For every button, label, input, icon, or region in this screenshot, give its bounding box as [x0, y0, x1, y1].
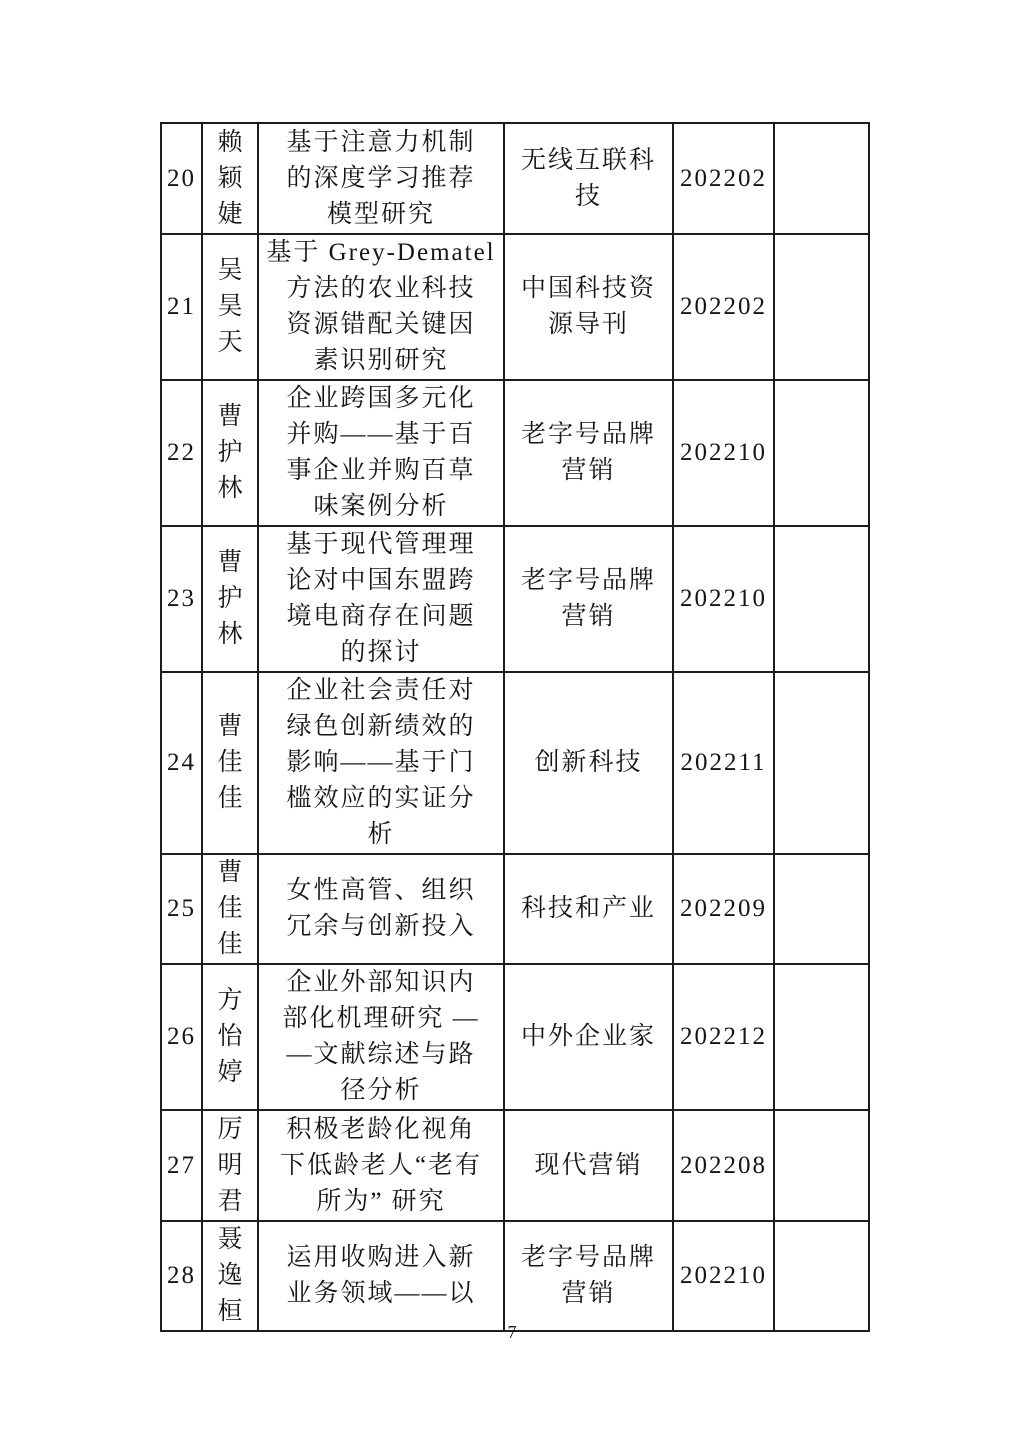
- journal-cell: 科技和产业: [504, 854, 673, 964]
- author-cell: 厉明君: [202, 1110, 258, 1221]
- date-cell: 202211: [673, 672, 774, 854]
- date-cell: 202210: [673, 526, 774, 672]
- title-cell: 积极老龄化视角 下低龄老人“老有 所为” 研究: [258, 1110, 504, 1221]
- row-number-cell: 20: [161, 123, 202, 234]
- journal-cell: 老字号品牌 营销: [504, 1221, 673, 1331]
- table-row: 28 聂逸桓 运用收购进入新 业务领域——以 老字号品牌 营销 202210: [161, 1221, 869, 1331]
- notes-cell: [774, 234, 869, 380]
- author-name: 曹护林: [218, 399, 243, 507]
- author-cell: 曹护林: [202, 380, 258, 526]
- date-cell: 202208: [673, 1110, 774, 1221]
- author-name: 吴昊天: [218, 253, 243, 361]
- title-cell: 基于注意力机制 的深度学习推荐 模型研究: [258, 123, 504, 234]
- journal-cell: 中外企业家: [504, 964, 673, 1110]
- date-cell: 202210: [673, 1221, 774, 1331]
- notes-cell: [774, 123, 869, 234]
- journal-cell: 老字号品牌 营销: [504, 526, 673, 672]
- publications-table-section: 20 赖颖婕 基于注意力机制 的深度学习推荐 模型研究 无线互联科 技 2022…: [160, 122, 870, 1332]
- date-cell: 202210: [673, 380, 774, 526]
- author-cell: 曹佳佳: [202, 854, 258, 964]
- row-number-cell: 28: [161, 1221, 202, 1331]
- author-cell: 吴昊天: [202, 234, 258, 380]
- table-row: 26 方怡婷 企业外部知识内 部化机理研究 — —文献综述与路 径分析 中外企业…: [161, 964, 869, 1110]
- date-cell: 202202: [673, 123, 774, 234]
- notes-cell: [774, 854, 869, 964]
- date-cell: 202212: [673, 964, 774, 1110]
- table-row: 25 曹佳佳 女性高管、组织 冗余与创新投入 科技和产业 202209: [161, 854, 869, 964]
- table-row: 23 曹护林 基于现代管理理 论对中国东盟跨 境电商存在问题 的探讨 老字号品牌…: [161, 526, 869, 672]
- title-cell: 女性高管、组织 冗余与创新投入: [258, 854, 504, 964]
- title-cell: 企业外部知识内 部化机理研究 — —文献综述与路 径分析: [258, 964, 504, 1110]
- author-cell: 赖颖婕: [202, 123, 258, 234]
- table-row: 24 曹佳佳 企业社会责任对 绿色创新绩效的 影响——基于门 槛效应的实证分 析…: [161, 672, 869, 854]
- notes-cell: [774, 1110, 869, 1221]
- title-cell: 企业社会责任对 绿色创新绩效的 影响——基于门 槛效应的实证分 析: [258, 672, 504, 854]
- journal-cell: 无线互联科 技: [504, 123, 673, 234]
- date-cell: 202202: [673, 234, 774, 380]
- journal-cell: 创新科技: [504, 672, 673, 854]
- journal-cell: 老字号品牌 营销: [504, 380, 673, 526]
- notes-cell: [774, 1221, 869, 1331]
- table-row: 22 曹护林 企业跨国多元化 并购——基于百 事企业并购百草 味案例分析 老字号…: [161, 380, 869, 526]
- row-number-cell: 21: [161, 234, 202, 380]
- author-name: 曹护林: [218, 545, 243, 653]
- table-row: 21 吴昊天 基于 Grey-Dematel 方法的农业科技 资源错配关键因 素…: [161, 234, 869, 380]
- row-number-cell: 27: [161, 1110, 202, 1221]
- author-name: 方怡婷: [218, 983, 243, 1091]
- author-name: 曹佳佳: [218, 709, 243, 817]
- journal-cell: 现代营销: [504, 1110, 673, 1221]
- author-name: 厉明君: [218, 1112, 243, 1220]
- row-number-cell: 22: [161, 380, 202, 526]
- title-cell: 运用收购进入新 业务领域——以: [258, 1221, 504, 1331]
- title-cell: 基于现代管理理 论对中国东盟跨 境电商存在问题 的探讨: [258, 526, 504, 672]
- notes-cell: [774, 964, 869, 1110]
- author-cell: 聂逸桓: [202, 1221, 258, 1331]
- table-row: 20 赖颖婕 基于注意力机制 的深度学习推荐 模型研究 无线互联科 技 2022…: [161, 123, 869, 234]
- row-number-cell: 25: [161, 854, 202, 964]
- author-name: 曹佳佳: [218, 855, 243, 963]
- journal-cell: 中国科技资 源导刊: [504, 234, 673, 380]
- notes-cell: [774, 380, 869, 526]
- notes-cell: [774, 672, 869, 854]
- title-cell: 基于 Grey-Dematel 方法的农业科技 资源错配关键因 素识别研究: [258, 234, 504, 380]
- title-cell: 企业跨国多元化 并购——基于百 事企业并购百草 味案例分析: [258, 380, 504, 526]
- notes-cell: [774, 526, 869, 672]
- author-name: 聂逸桓: [218, 1222, 243, 1330]
- author-name: 赖颖婕: [218, 125, 243, 233]
- row-number-cell: 26: [161, 964, 202, 1110]
- row-number-cell: 23: [161, 526, 202, 672]
- date-cell: 202209: [673, 854, 774, 964]
- table-row: 27 厉明君 积极老龄化视角 下低龄老人“老有 所为” 研究 现代营销 2022…: [161, 1110, 869, 1221]
- author-cell: 方怡婷: [202, 964, 258, 1110]
- row-number-cell: 24: [161, 672, 202, 854]
- publications-table: 20 赖颖婕 基于注意力机制 的深度学习推荐 模型研究 无线互联科 技 2022…: [160, 122, 870, 1332]
- author-cell: 曹佳佳: [202, 672, 258, 854]
- page-number: 7: [0, 1320, 1024, 1344]
- author-cell: 曹护林: [202, 526, 258, 672]
